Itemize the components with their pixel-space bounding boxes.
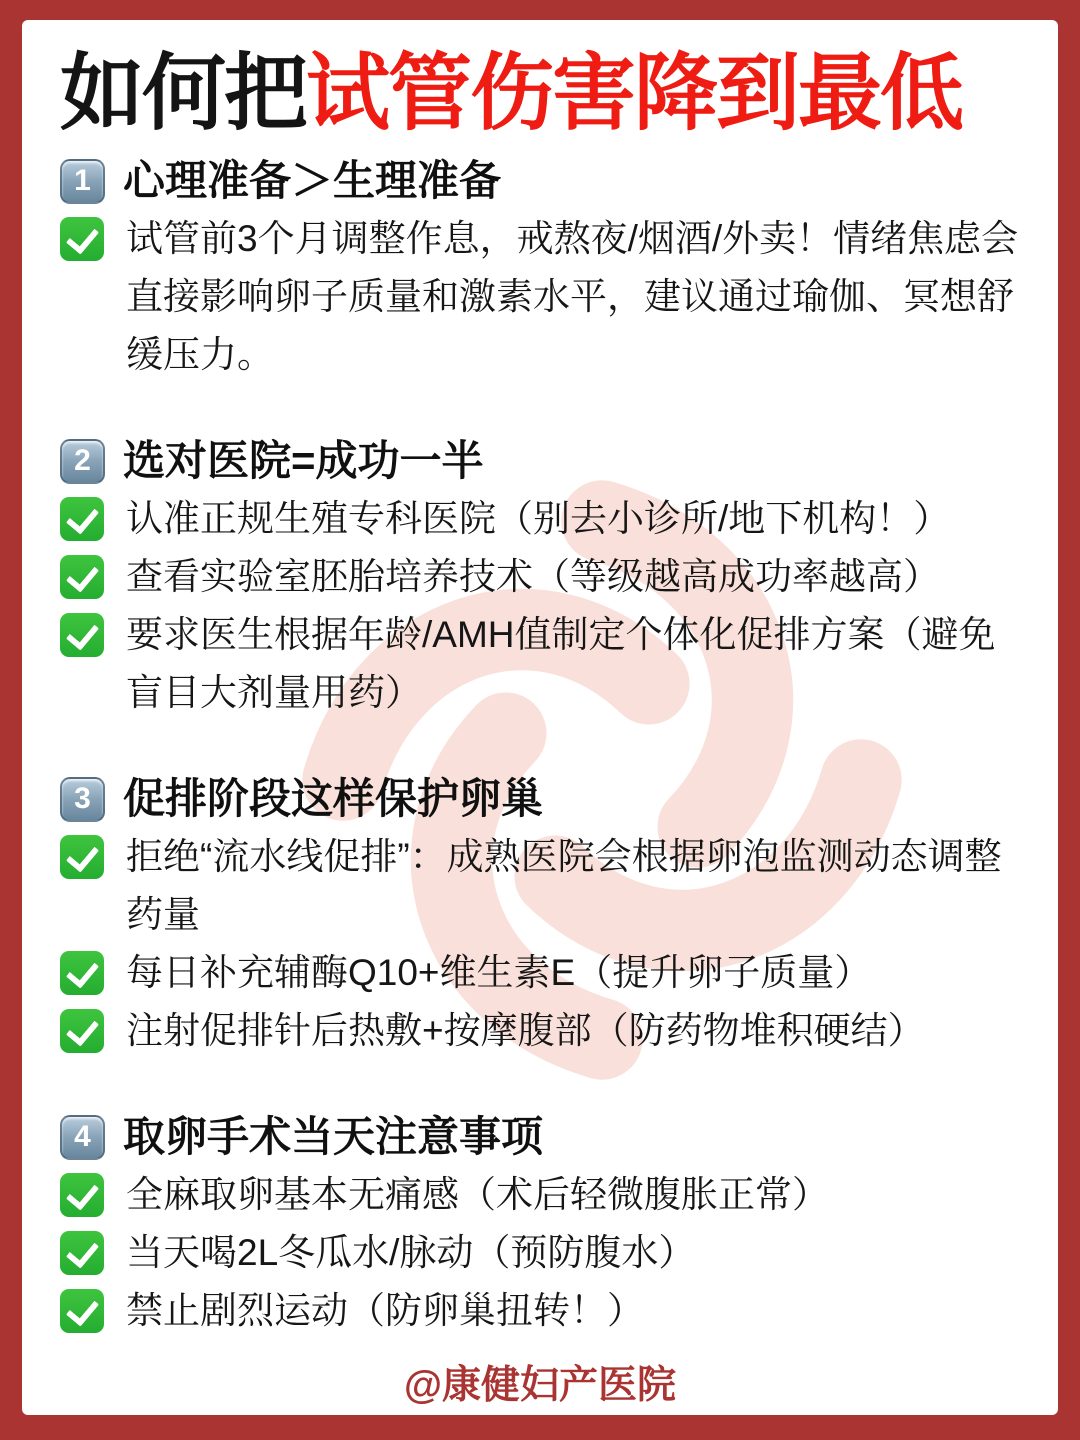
checklist-item: 认准正规生殖专科医院（别去小诊所/地下机构！） bbox=[60, 490, 1020, 548]
poster-content: 如何把试管伤害降到最低 1心理准备＞生理准备试管前3个月调整作息，戒熬夜/烟酒/… bbox=[22, 20, 1058, 1410]
number-badge-icon: 2 bbox=[60, 439, 105, 484]
check-icon bbox=[60, 1173, 104, 1217]
page-title-prefix: 如何把 bbox=[60, 46, 306, 140]
check-icon bbox=[60, 555, 104, 599]
check-icon bbox=[60, 1231, 104, 1275]
checklist-item-text: 查看实验室胚胎培养技术（等级越高成功率越高） bbox=[126, 548, 940, 606]
checklist-item-text: 试管前3个月调整作息，戒熬夜/烟酒/外卖！情绪焦虑会直接影响卵子质量和激素水平，… bbox=[126, 210, 1020, 384]
footer-handle: @康健妇产医院 bbox=[60, 1354, 1020, 1410]
checklist-item: 注射促排针后热敷+按摩腹部（防药物堆积硬结） bbox=[60, 1002, 1020, 1060]
checklist-item: 全麻取卵基本无痛感（术后轻微腹胀正常） bbox=[60, 1166, 1020, 1224]
checklist-item: 拒绝“流水线促排”：成熟医院会根据卵泡监测动态调整药量 bbox=[60, 828, 1020, 944]
checklist-item-text: 注射促排针后热敷+按摩腹部（防药物堆积硬结） bbox=[126, 1002, 925, 1060]
checklist-item: 每日补充辅酶Q10+维生素E（提升卵子质量） bbox=[60, 944, 1020, 1002]
page-title-highlight: 试管伤害降到最低 bbox=[306, 46, 962, 140]
checklist-item: 要求医生根据年龄/AMH值制定个体化促排方案（避免盲目大剂量用药） bbox=[60, 606, 1020, 722]
section-heading: 选对医院=成功一半 bbox=[123, 432, 484, 490]
check-icon bbox=[60, 951, 104, 995]
checklist-item: 查看实验室胚胎培养技术（等级越高成功率越高） bbox=[60, 548, 1020, 606]
section-heading: 促排阶段这样保护卵巢 bbox=[123, 770, 543, 828]
section-heading: 取卵手术当天注意事项 bbox=[123, 1108, 543, 1166]
checklist-item-text: 要求医生根据年龄/AMH值制定个体化促排方案（避免盲目大剂量用药） bbox=[126, 606, 1020, 722]
number-badge-icon: 3 bbox=[60, 777, 105, 822]
section-3: 3促排阶段这样保护卵巢拒绝“流水线促排”：成熟医院会根据卵泡监测动态调整药量每日… bbox=[60, 770, 1020, 1060]
page-title: 如何把试管伤害降到最低 bbox=[60, 46, 1020, 140]
number-badge-icon: 1 bbox=[60, 159, 105, 204]
check-icon bbox=[60, 497, 104, 541]
check-icon bbox=[60, 1009, 104, 1053]
checklist-item: 禁止剧烈运动（防卵巢扭转！） bbox=[60, 1282, 1020, 1340]
checklist-item: 当天喝2L冬瓜水/脉动（预防腹水） bbox=[60, 1224, 1020, 1282]
checklist-item-text: 禁止剧烈运动（防卵巢扭转！） bbox=[126, 1282, 644, 1340]
check-icon bbox=[60, 835, 104, 879]
section-1: 1心理准备＞生理准备试管前3个月调整作息，戒熬夜/烟酒/外卖！情绪焦虑会直接影响… bbox=[60, 152, 1020, 384]
check-icon bbox=[60, 217, 104, 261]
checklist-item-text: 认准正规生殖专科医院（别去小诊所/地下机构！） bbox=[126, 490, 950, 548]
checklist-item-text: 每日补充辅酶Q10+维生素E（提升卵子质量） bbox=[126, 944, 871, 1002]
section-heading-row: 2选对医院=成功一半 bbox=[60, 432, 1020, 490]
section-heading-row: 4取卵手术当天注意事项 bbox=[60, 1108, 1020, 1166]
section-2: 2选对医院=成功一半认准正规生殖专科医院（别去小诊所/地下机构！）查看实验室胚胎… bbox=[60, 432, 1020, 722]
number-badge-icon: 4 bbox=[60, 1115, 105, 1160]
check-icon bbox=[60, 1289, 104, 1333]
poster-frame: 如何把试管伤害降到最低 1心理准备＞生理准备试管前3个月调整作息，戒熬夜/烟酒/… bbox=[0, 0, 1080, 1440]
section-heading-row: 3促排阶段这样保护卵巢 bbox=[60, 770, 1020, 828]
checklist-item-text: 当天喝2L冬瓜水/脉动（预防腹水） bbox=[126, 1224, 695, 1282]
check-icon bbox=[60, 613, 104, 657]
section-4: 4取卵手术当天注意事项全麻取卵基本无痛感（术后轻微腹胀正常）当天喝2L冬瓜水/脉… bbox=[60, 1108, 1020, 1340]
sections-container: 1心理准备＞生理准备试管前3个月调整作息，戒熬夜/烟酒/外卖！情绪焦虑会直接影响… bbox=[60, 152, 1020, 1340]
section-heading-row: 1心理准备＞生理准备 bbox=[60, 152, 1020, 210]
checklist-item: 试管前3个月调整作息，戒熬夜/烟酒/外卖！情绪焦虑会直接影响卵子质量和激素水平，… bbox=[60, 210, 1020, 384]
checklist-item-text: 拒绝“流水线促排”：成熟医院会根据卵泡监测动态调整药量 bbox=[126, 828, 1020, 944]
checklist-item-text: 全麻取卵基本无痛感（术后轻微腹胀正常） bbox=[126, 1166, 829, 1224]
section-heading: 心理准备＞生理准备 bbox=[123, 152, 501, 210]
poster-card: 如何把试管伤害降到最低 1心理准备＞生理准备试管前3个月调整作息，戒熬夜/烟酒/… bbox=[22, 20, 1058, 1415]
